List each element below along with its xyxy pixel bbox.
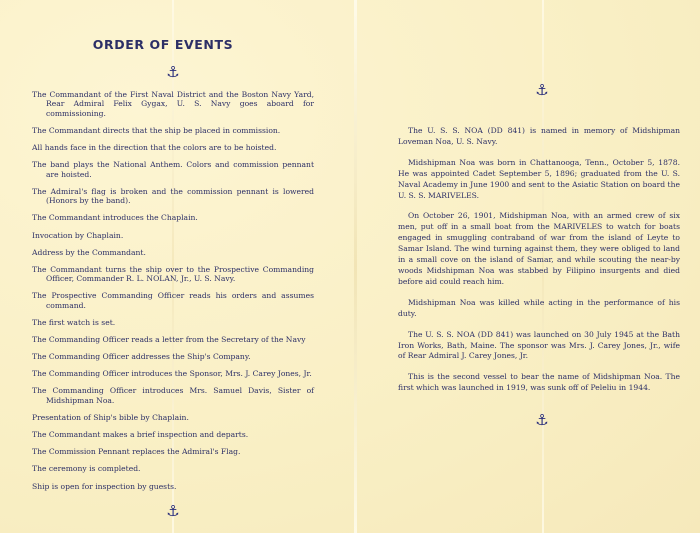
anchor-icon: ⚓ [32,503,314,519]
event-item: The Prospective Commanding Officer reads… [32,291,314,310]
event-item: The ceremony is completed. [32,464,314,474]
event-item: The Commanding Officer addresses the Shi… [32,352,314,362]
event-item: The Commanding Officer introduces Mrs. S… [32,386,314,405]
right-page: ⚓ The U. S. S. NOA (DD 841) is named in … [398,82,680,428]
history-paragraph: The U. S. S. NOA (DD 841) is named in me… [398,126,680,148]
anchor-icon: ⚓ [398,412,680,428]
event-item: Address by the Commandant. [32,248,314,258]
event-item: The band plays the National Anthem. Colo… [32,160,314,179]
event-item: The Commanding Officer reads a letter fr… [32,335,314,345]
event-item: The Commission Pennant replaces the Admi… [32,447,314,457]
anchor-icon: ⚓ [32,64,314,80]
history-paragraph: On October 26, 1901, Midshipman Noa, wit… [398,211,680,287]
history-paragraph: This is the second vessel to bear the na… [398,372,680,394]
event-item: The Commanding Officer introduces the Sp… [32,369,314,379]
event-item: The Commandant makes a brief inspection … [32,430,314,440]
event-item: The Commandant directs that the ship be … [32,126,314,136]
center-fold-crease [354,0,357,533]
event-item: The Admiral's flag is broken and the com… [32,187,314,206]
event-item: Invocation by Chaplain. [32,231,314,241]
history-paragraph: The U. S. S. NOA (DD 841) was launched o… [398,330,680,363]
event-item: The Commandant introduces the Chaplain. [32,213,314,223]
events-list: The Commandant of the First Naval Distri… [32,90,314,492]
event-item: Presentation of Ship's bible by Chaplain… [32,413,314,423]
event-item: The Commandant turns the ship over to th… [32,265,314,284]
anchor-icon: ⚓ [398,82,680,98]
page-title: ORDER OF EVENTS [32,40,314,50]
history-paragraph: Midshipman Noa was killed while acting i… [398,298,680,320]
event-item: The first watch is set. [32,318,314,328]
history-paragraph: Midshipman Noa was born in Chattanooga, … [398,158,680,202]
event-item: All hands face in the direction that the… [32,143,314,153]
event-item: The Commandant of the First Naval Distri… [32,90,314,119]
event-item: Ship is open for inspection by guests. [32,482,314,492]
left-page: ORDER OF EVENTS ⚓ The Commandant of the … [32,38,314,519]
